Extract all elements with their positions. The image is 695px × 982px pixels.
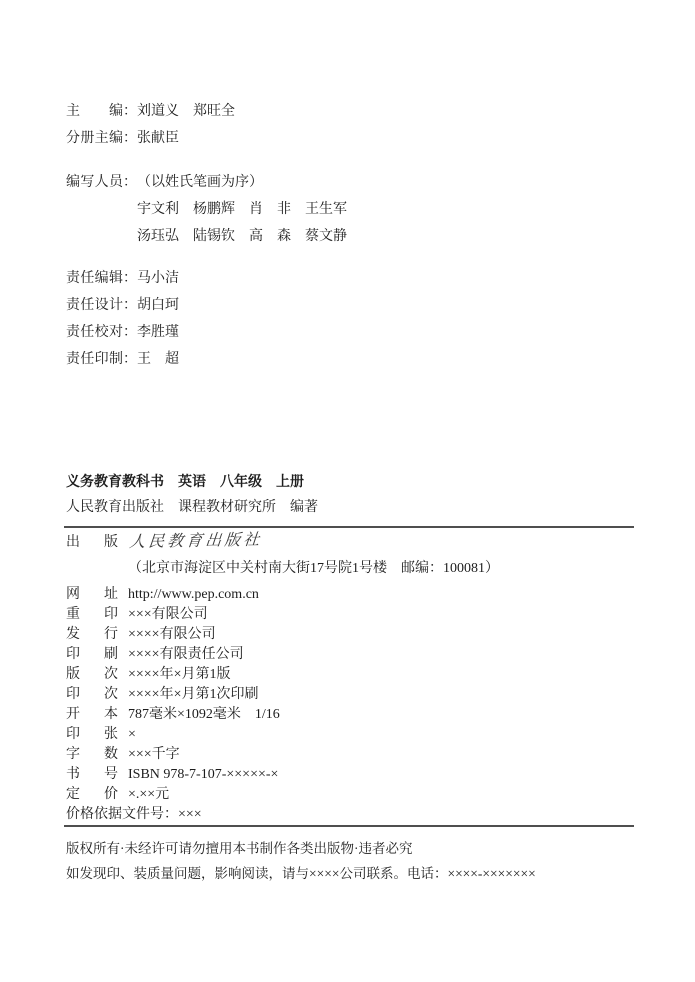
colon: ： xyxy=(123,319,137,346)
publisher-address: （北京市海淀区中关村南大街17号院1号楼 邮编：100081） xyxy=(128,556,499,581)
quality-notice: 如发现印、装质量问题，影响阅读，请与××××公司联系。电话：××××-×××××… xyxy=(66,861,536,886)
compiler-names-row: 汤珏弘 陆锡钦 高 森 蔡文静 xyxy=(137,223,347,250)
publication-row-reprint: 重印×××有限公司 xyxy=(66,605,499,625)
publication-row-label: 定价 xyxy=(66,785,118,805)
staff-label: 责任校对 xyxy=(66,319,123,346)
publication-row-value: ××××有限公司 xyxy=(128,627,216,642)
staff-label: 责任印制 xyxy=(66,346,123,373)
publication-row-value: ××××有限责任公司 xyxy=(128,647,244,662)
staff-row: 责任编辑：马小洁 xyxy=(66,265,179,292)
compilers-block: 编写人员：（以姓氏笔画为序） 宇文利 杨鹏辉 肖 非 王生军 汤珏弘 陆锡钦 高… xyxy=(66,169,347,250)
website-url: http://www.pep.com.cn xyxy=(128,587,259,602)
publication-row-label: 发行 xyxy=(66,625,118,645)
compilers-row: 编写人员：（以姓氏笔画为序） xyxy=(66,169,347,196)
publication-row-label: 版次 xyxy=(66,665,118,685)
publication-row-value: ××××年×月第1版 xyxy=(128,667,230,682)
footer-section: 版权所有·未经许可请勿擅用本书制作各类出版物·违者必究 如发现印、装质量问题，影… xyxy=(66,836,536,886)
publication-row-label: 重印 xyxy=(66,605,118,625)
publication-rows: 网址http://www.pep.com.cn 重印×××有限公司 发行××××… xyxy=(66,585,499,825)
colon: ： xyxy=(123,169,137,196)
publication-row-format: 开本787毫米×1092毫米 1/16 xyxy=(66,705,499,725)
chief-editor-row: 主编：刘道义 郑旺全 xyxy=(66,98,347,125)
compiler-names-row: 宇文利 杨鹏辉 肖 非 王生军 xyxy=(137,196,347,223)
publication-row-label: 书号 xyxy=(66,765,118,785)
publication-row-isbn: 书号ISBN 978-7-107-×××××-× xyxy=(66,765,499,785)
publication-row-label: 字数 xyxy=(66,745,118,765)
credits-section: 主编：刘道义 郑旺全 分册主编：张献臣 编写人员：（以姓氏笔画为序） 宇文利 杨… xyxy=(66,98,347,250)
publication-row-value: ××××年×月第1次印刷 xyxy=(128,687,258,702)
publication-row-edition: 版次××××年×月第1版 xyxy=(66,665,499,685)
copyright-page: 主编：刘道义 郑旺全 分册主编：张献臣 编写人员：（以姓氏笔画为序） 宇文利 杨… xyxy=(0,0,695,982)
colon: ： xyxy=(123,98,137,125)
volume-editor-label: 分册主编 xyxy=(66,125,123,152)
staff-name: 王 超 xyxy=(137,352,179,367)
book-byline: 人民教育出版社 课程教材研究所 编著 xyxy=(66,495,318,520)
staff-label: 责任编辑 xyxy=(66,265,123,292)
colon: ： xyxy=(123,292,137,319)
publication-row-label: 网址 xyxy=(66,585,118,605)
publication-row-value: 787毫米×1092毫米 1/16 xyxy=(128,707,280,722)
chief-editor-label: 主编 xyxy=(66,98,123,125)
publisher-label: 出版 xyxy=(66,531,118,555)
volume-editor-row: 分册主编：张献臣 xyxy=(66,125,347,152)
staff-name: 马小洁 xyxy=(137,271,179,286)
colon: ： xyxy=(123,125,137,152)
publisher-logo-calligraphy: 人民教育出版社 xyxy=(128,529,263,555)
publication-row-distribution: 发行××××有限公司 xyxy=(66,625,499,645)
publication-row-value: ×××有限公司 xyxy=(128,607,208,622)
colon: ： xyxy=(123,346,137,373)
publication-row-label: 开本 xyxy=(66,705,118,725)
divider-line-top xyxy=(64,526,634,528)
staff-row: 责任印制：王 超 xyxy=(66,346,179,373)
price-basis-note: 价格依据文件号：××× xyxy=(66,805,499,825)
publication-row-price: 定价×.××元 xyxy=(66,785,499,805)
divider-line-bottom xyxy=(64,825,634,827)
staff-section: 责任编辑：马小洁 责任设计：胡白珂 责任校对：李胜瑾 责任印制：王 超 xyxy=(66,265,179,373)
publication-row-printing: 印刷××××有限责任公司 xyxy=(66,645,499,665)
publication-row-sheets: 印张× xyxy=(66,725,499,745)
staff-name: 胡白珂 xyxy=(137,298,179,313)
publication-row-value: ×.××元 xyxy=(128,787,169,802)
publication-row-value: × xyxy=(128,727,136,742)
publication-row-impression: 印次××××年×月第1次印刷 xyxy=(66,685,499,705)
volume-editor-name: 张献臣 xyxy=(137,131,179,146)
chief-editor-names: 刘道义 郑旺全 xyxy=(137,104,235,119)
book-info-section: 义务教育教科书 英语 八年级 上册 人民教育出版社 课程教材研究所 编著 xyxy=(66,470,318,520)
staff-label: 责任设计 xyxy=(66,292,123,319)
copyright-notice: 版权所有·未经许可请勿擅用本书制作各类出版物·违者必究 xyxy=(66,836,536,861)
staff-row: 责任设计：胡白珂 xyxy=(66,292,179,319)
staff-name: 李胜瑾 xyxy=(137,325,179,340)
publication-row-label: 印刷 xyxy=(66,645,118,665)
isbn-number: ISBN 978-7-107-×××××-× xyxy=(128,767,278,782)
staff-row: 责任校对：李胜瑾 xyxy=(66,319,179,346)
publication-row-label: 印张 xyxy=(66,725,118,745)
publisher-row: 出版人民教育出版社 xyxy=(66,531,499,556)
publication-row-value: ×××千字 xyxy=(128,747,180,762)
compilers-note: （以姓氏笔画为序） xyxy=(137,175,263,190)
publication-row-label: 印次 xyxy=(66,685,118,705)
publication-section: 出版人民教育出版社 （北京市海淀区中关村南大街17号院1号楼 邮编：100081… xyxy=(66,531,499,825)
colon: ： xyxy=(123,265,137,292)
publication-row-wordcount: 字数×××千字 xyxy=(66,745,499,765)
publication-row-website: 网址http://www.pep.com.cn xyxy=(66,585,499,605)
compilers-label: 编写人员 xyxy=(66,169,123,196)
book-title: 义务教育教科书 英语 八年级 上册 xyxy=(66,470,318,495)
